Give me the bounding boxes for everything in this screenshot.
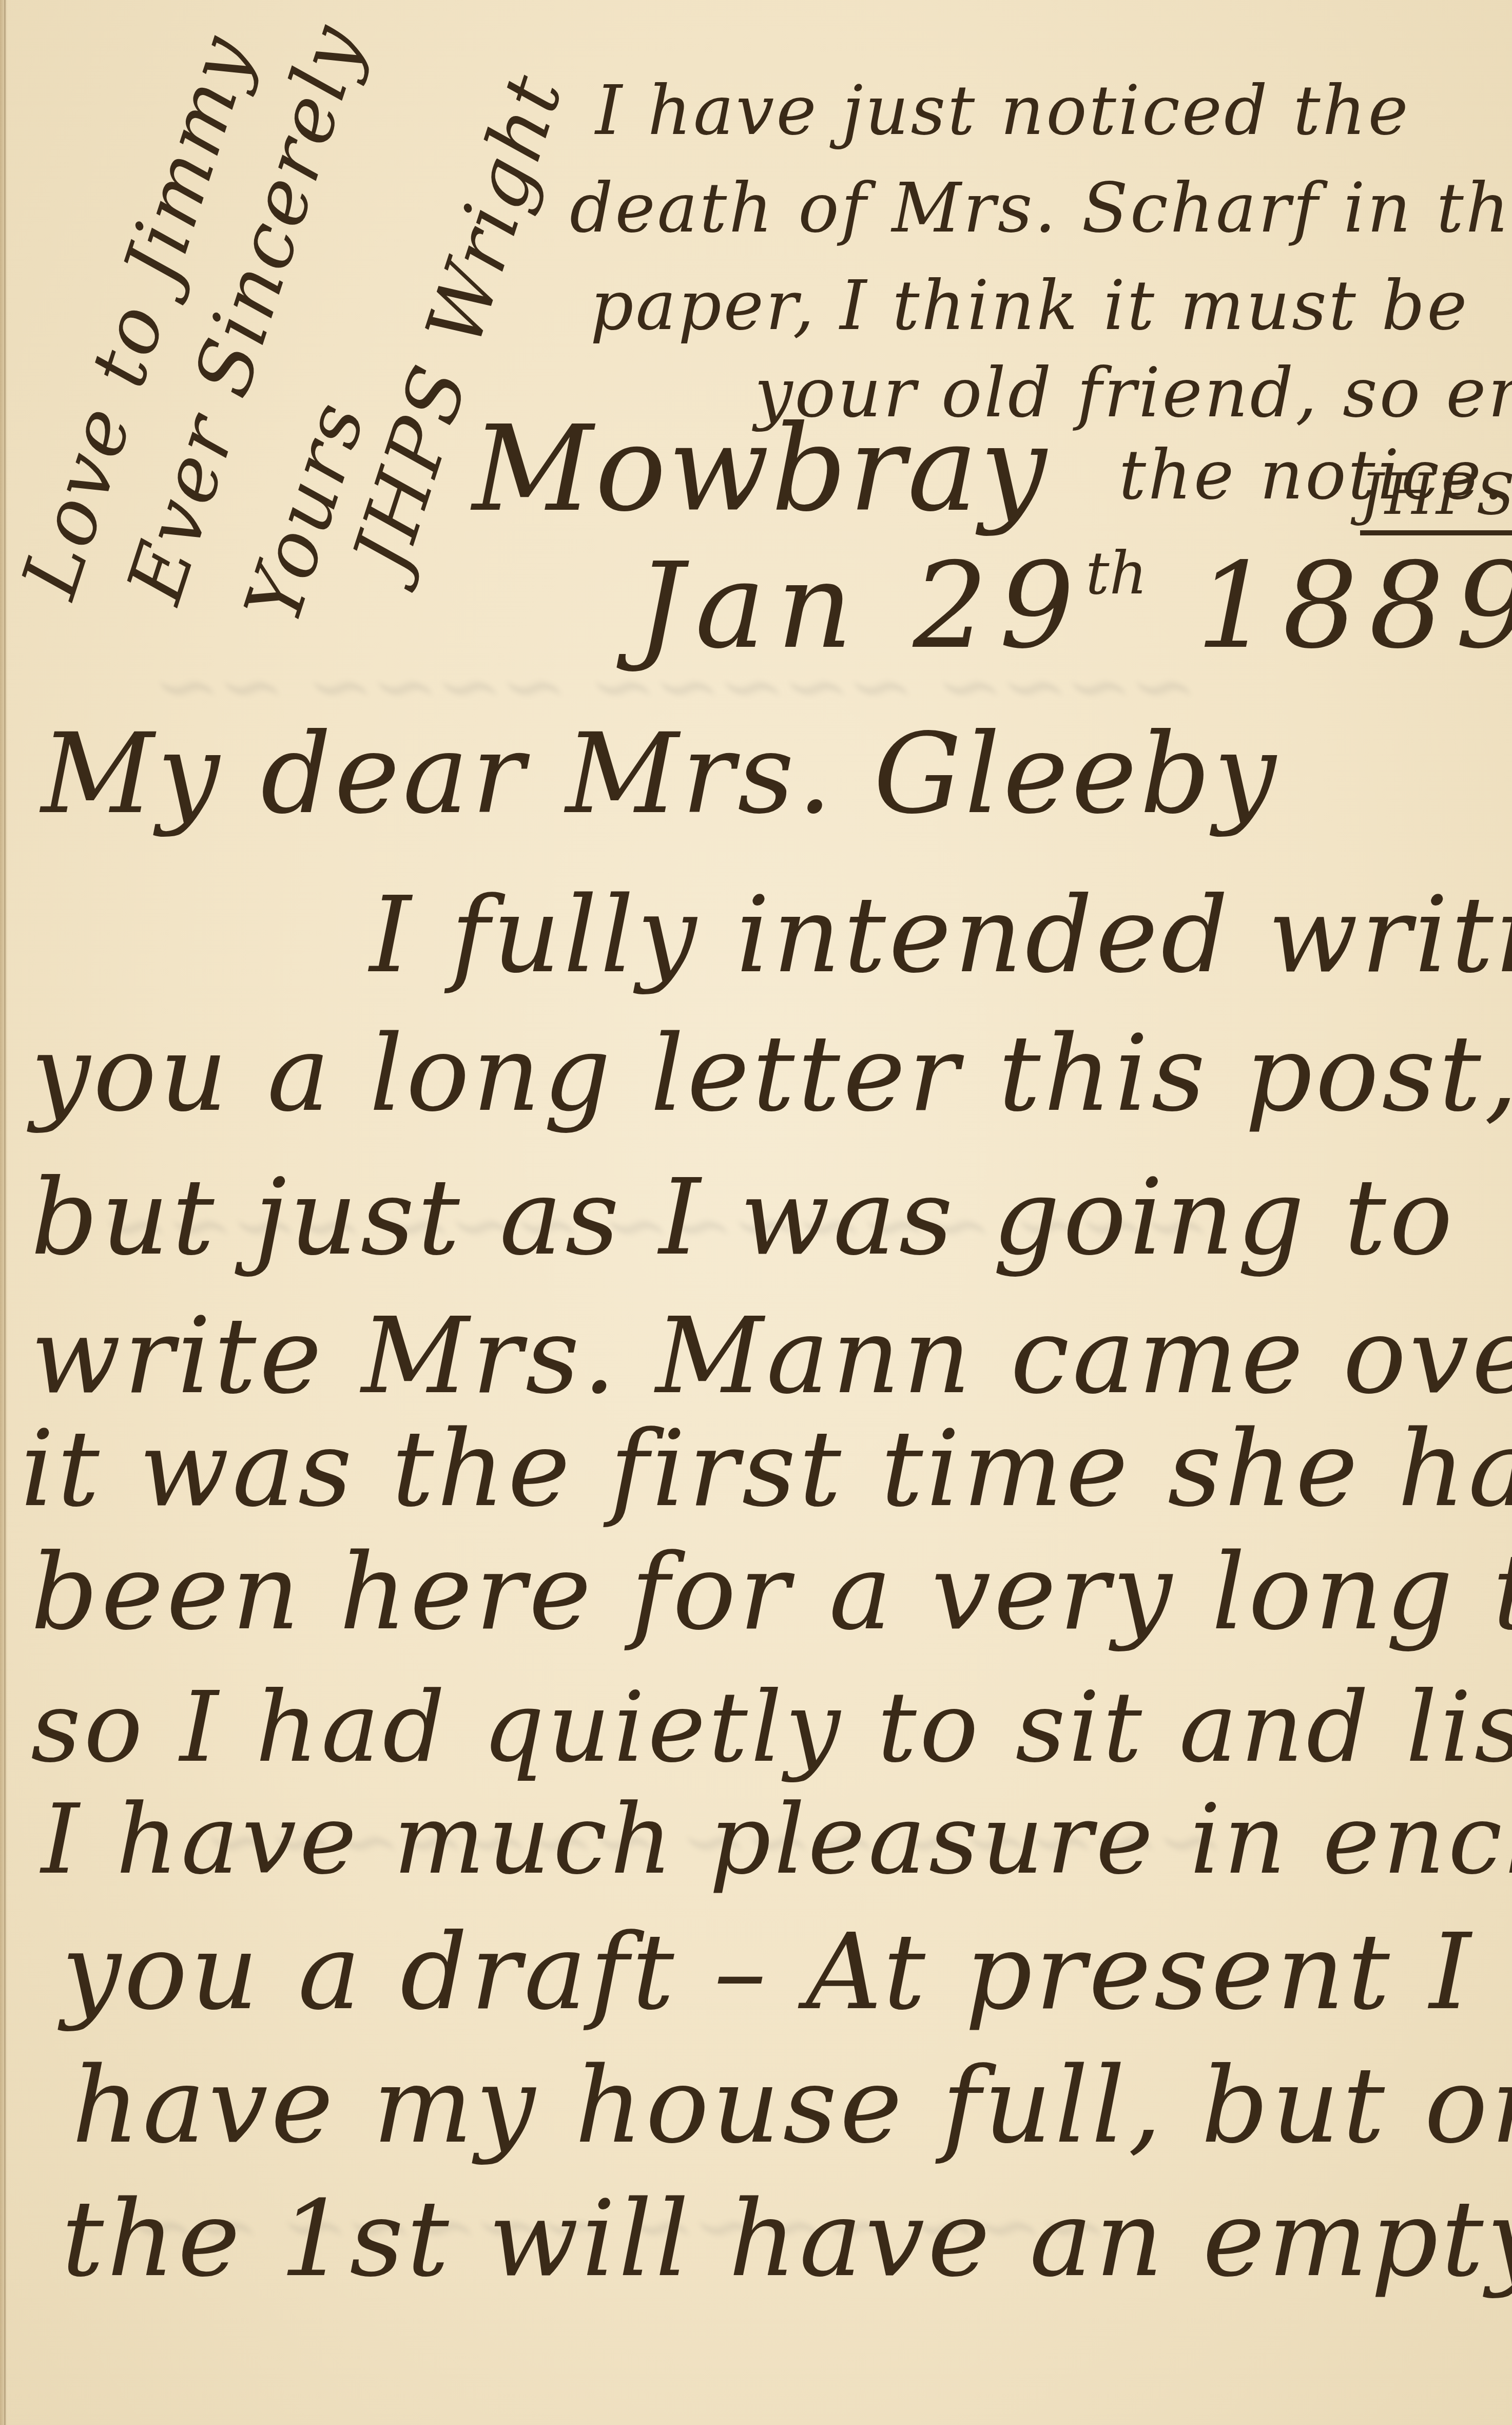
- salutation: My dear Mrs. Gleeby: [41, 719, 1279, 829]
- body-line: so I had quietly to sit and listen: [31, 1679, 1512, 1776]
- body-line: you a draft – At present I: [62, 1920, 1474, 2025]
- body-line: the 1st will have an empty: [62, 2187, 1512, 2292]
- date-year: 1889: [1196, 538, 1512, 675]
- date-day: Jan 29: [636, 538, 1085, 675]
- letter-date: Jan 29th 1889: [636, 544, 1512, 666]
- body-line: been here for a very long time: [31, 1540, 1512, 1645]
- body-line: I fully intended writing: [370, 883, 1512, 988]
- page-fold-line: [4, 0, 6, 2425]
- body-line: it was the first time she had: [21, 1417, 1512, 1522]
- body-line: you a long letter this post,: [31, 1022, 1512, 1127]
- body-line: write Mrs. Mann came over,: [31, 1304, 1512, 1409]
- letter-page: ~~~~ ~~~~~ ~~~~ ~~ ~~~ ~~~~~~ ~~~ ~~~~ ~…: [0, 0, 1512, 2425]
- body-line: have my house full, but on: [72, 2053, 1512, 2159]
- date-ordinal: th: [1085, 539, 1147, 608]
- postscript-line: I have just noticed the: [595, 77, 1410, 145]
- paper-edge: [0, 0, 7, 2425]
- postscript-line: paper, I think it must be: [590, 272, 1469, 340]
- postscript-line: death of Mrs. Scharf in the: [570, 175, 1512, 242]
- postscript-initials: JHPS: [1360, 457, 1512, 525]
- body-line: but just as I was going to: [31, 1165, 1456, 1271]
- body-line: I have much pleasure in enclosing: [41, 1792, 1512, 1888]
- place-name: Mowbray: [472, 411, 1049, 529]
